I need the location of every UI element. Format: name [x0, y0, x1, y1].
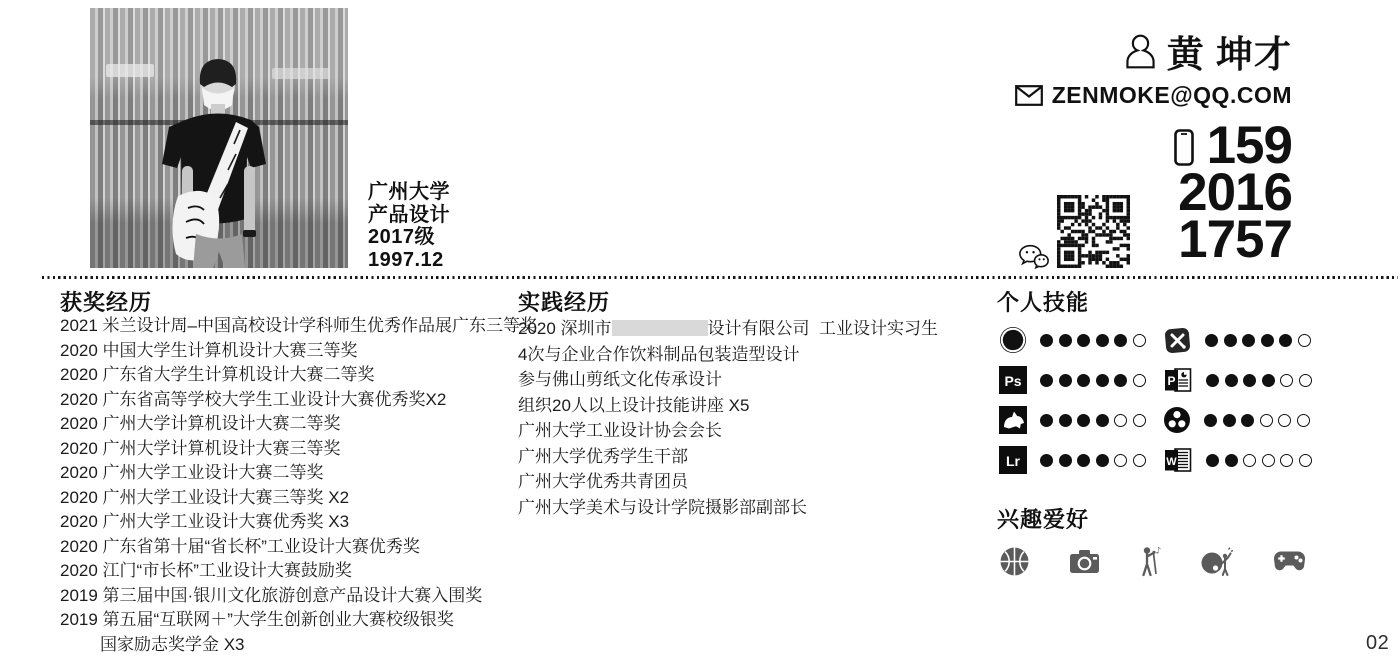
photoshop-icon: Ps — [999, 366, 1027, 394]
skill-dot — [1204, 414, 1217, 427]
awards-list: 2021 米兰设计周–中国高校设计学科师生优秀作品展广东三等奖 2020 中国大… — [60, 314, 520, 657]
skill-dot — [1297, 414, 1310, 427]
svg-text:W: W — [1166, 456, 1177, 468]
svg-text:♪: ♪ — [1155, 546, 1161, 556]
profile-photo — [90, 8, 348, 268]
drum-icon — [1201, 546, 1233, 576]
award-item: 2019 第三届中国·银川文化旅游创意产品设计大赛入围奖 — [60, 584, 520, 609]
skill-rating — [1205, 334, 1311, 347]
skill-dot — [1133, 414, 1146, 427]
svg-text:Ps: Ps — [1004, 373, 1021, 389]
practice-item: 广州大学优秀共青团员 — [518, 469, 978, 495]
practice-title: 实践经历 — [518, 286, 610, 317]
skill-row-powerpoint: P — [1163, 366, 1319, 394]
skill-rating — [1206, 374, 1312, 387]
skill-dot — [1114, 334, 1127, 347]
skill-dot — [1133, 334, 1146, 347]
page-number: 02 — [1366, 632, 1389, 655]
award-item: 2020 广州大学工业设计大赛三等奖 X2 — [60, 486, 520, 511]
skill-dot — [1133, 374, 1146, 387]
skill-dot — [1223, 414, 1236, 427]
redaction-block — [612, 320, 708, 336]
skill-dot — [1077, 414, 1090, 427]
word-icon: W — [1163, 446, 1193, 474]
skill-rating — [1040, 454, 1146, 467]
skill-dot — [1299, 454, 1312, 467]
skill-dot — [1096, 334, 1109, 347]
phone-line: 1757 — [1178, 216, 1292, 263]
practice-item: 广州大学工业设计协会会长 — [518, 418, 978, 444]
keyshot-icon — [999, 326, 1027, 354]
skill-dot — [1059, 454, 1072, 467]
skill-dot — [1260, 414, 1273, 427]
education-line: 产品设计 — [368, 204, 450, 227]
education-line: 1997.12 — [368, 249, 450, 272]
lightroom-icon: Lr — [999, 446, 1027, 474]
skill-dot — [1114, 454, 1127, 467]
skill-dot — [1278, 414, 1291, 427]
skill-row-rhino — [999, 406, 1163, 434]
skill-dot — [1077, 454, 1090, 467]
skill-dot — [1262, 374, 1275, 387]
skill-dot — [1096, 454, 1109, 467]
hobbies-row: ♪ — [1000, 545, 1306, 577]
skill-dot — [1040, 334, 1053, 347]
practice-item-company: 2020 深圳市设计有限公司 工业设计实习生 — [518, 316, 978, 342]
education-info: 广州大学 产品设计 2017级 1997.12 — [368, 181, 450, 271]
skill-rating — [1040, 414, 1146, 427]
practice-list: 2020 深圳市设计有限公司 工业设计实习生 4次与企业合作饮料制品包装造型设计… — [518, 316, 978, 520]
practice-item: 4次与企业合作饮料制品包装造型设计 — [518, 342, 978, 368]
skill-dot — [1114, 374, 1127, 387]
skill-dot — [1243, 454, 1256, 467]
skill-row-lightroom: Lr — [999, 446, 1163, 474]
skill-dot — [1224, 334, 1237, 347]
skill-dot — [1279, 334, 1292, 347]
xmind-icon — [1163, 326, 1192, 355]
education-line: 广州大学 — [368, 181, 450, 204]
skill-dot — [1262, 454, 1275, 467]
skill-row-keyshot — [999, 326, 1163, 354]
skill-dot — [1040, 414, 1053, 427]
skill-rating — [1040, 334, 1146, 347]
qr-code — [1057, 195, 1130, 268]
separator — [42, 276, 1398, 279]
skill-dot — [1077, 374, 1090, 387]
email-address: ZENMOKE@QQ.COM — [1052, 82, 1292, 109]
powerpoint-icon: P — [1163, 366, 1193, 394]
award-item: 2020 广州大学工业设计大赛优秀奖 X3 — [60, 510, 520, 535]
skill-dot — [1205, 334, 1218, 347]
awards-title: 获奖经历 — [60, 286, 152, 317]
skill-dot — [1059, 334, 1072, 347]
practice-item: 广州大学美术与设计学院摄影部副部长 — [518, 495, 978, 521]
candidate-name: 黄 坤才 — [1167, 24, 1292, 78]
singing-icon: ♪ — [1140, 546, 1162, 577]
skill-dot — [1133, 454, 1146, 467]
award-item: 2020 广州大学工业设计大赛二等奖 — [60, 461, 520, 486]
award-item: 2019 第五届“互联网＋”大学生创新创业大赛校级银奖 — [60, 608, 520, 633]
practice-item: 参与佛山剪纸文化传承设计 — [518, 367, 978, 393]
education-line: 2017级 — [368, 226, 450, 249]
skill-rating — [1206, 454, 1312, 467]
email-row: ZENMOKE@QQ.COM — [1015, 82, 1292, 109]
company-pre: 2020 深圳市 — [518, 319, 612, 338]
skill-row-davinci — [1163, 406, 1319, 434]
skill-dot — [1059, 414, 1072, 427]
envelope-icon — [1015, 85, 1043, 106]
rhino-icon — [999, 406, 1027, 434]
skill-row-xmind — [1163, 326, 1319, 354]
skill-dot — [1280, 454, 1293, 467]
svg-text:P: P — [1167, 374, 1175, 388]
award-item: 2020 广东省第十届“省长杯”工业设计大赛优秀奖 — [60, 535, 520, 560]
award-item: 国家励志奖学金 X3 — [60, 633, 520, 658]
name-row: 黄 坤才 — [1124, 24, 1292, 78]
skill-dot — [1040, 454, 1053, 467]
skill-dot — [1059, 374, 1072, 387]
skill-dot — [1298, 334, 1311, 347]
person-icon — [1124, 33, 1157, 70]
person-illustration — [90, 8, 348, 268]
skill-rating — [1204, 414, 1310, 427]
award-item: 2020 中国大学生计算机设计大赛三等奖 — [60, 339, 520, 364]
skill-dot — [1241, 414, 1254, 427]
award-item: 2020 广州大学计算机设计大赛二等奖 — [60, 412, 520, 437]
phone-line: 159 — [1178, 122, 1292, 169]
skill-dot — [1096, 414, 1109, 427]
award-item: 2020 广东省高等学校大学生工业设计大赛优秀奖X2 — [60, 388, 520, 413]
skill-dot — [1096, 374, 1109, 387]
skill-rating — [1040, 374, 1146, 387]
award-item: 2021 米兰设计周–中国高校设计学科师生优秀作品展广东三等奖 — [60, 314, 520, 339]
skill-dot — [1206, 374, 1219, 387]
camera-icon — [1069, 549, 1100, 574]
skill-dot — [1206, 454, 1219, 467]
skill-dot — [1225, 374, 1238, 387]
skill-dot — [1261, 334, 1274, 347]
practice-item: 组织20人以上设计技能讲座 X5 — [518, 393, 978, 419]
company-post: 设计有限公司 工业设计实习生 — [708, 319, 938, 338]
phone-number: 159 2016 1757 — [1178, 122, 1292, 263]
wechat-icon — [1018, 243, 1050, 270]
basketball-icon — [1000, 547, 1029, 576]
phone-line: 2016 — [1178, 169, 1292, 216]
svg-text:Lr: Lr — [1006, 453, 1021, 469]
skill-dot — [1225, 454, 1238, 467]
skill-dot — [1243, 374, 1256, 387]
skill-dot — [1299, 374, 1312, 387]
award-item: 2020 广东省大学生计算机设计大赛二等奖 — [60, 363, 520, 388]
skill-row-photoshop: Ps — [999, 366, 1163, 394]
davinci-resolve-icon — [1163, 406, 1191, 434]
gamepad-icon — [1273, 550, 1306, 573]
skills-title: 个人技能 — [997, 286, 1089, 317]
hobbies-title: 兴趣爱好 — [997, 503, 1089, 534]
skill-dot — [1040, 374, 1053, 387]
skill-dot — [1280, 374, 1293, 387]
skills-grid: Ps P — [999, 326, 1319, 486]
skill-dot — [1077, 334, 1090, 347]
skill-dot — [1242, 334, 1255, 347]
resume-page: 广州大学 产品设计 2017级 1997.12 黄 坤才 ZENMOKE@QQ.… — [0, 0, 1400, 663]
skill-row-word: W — [1163, 446, 1319, 474]
award-item: 2020 广州大学计算机设计大赛三等奖 — [60, 437, 520, 462]
award-item: 2020 江门“市长杯”工业设计大赛鼓励奖 — [60, 559, 520, 584]
practice-item: 广州大学优秀学生干部 — [518, 444, 978, 470]
skill-dot — [1114, 414, 1127, 427]
